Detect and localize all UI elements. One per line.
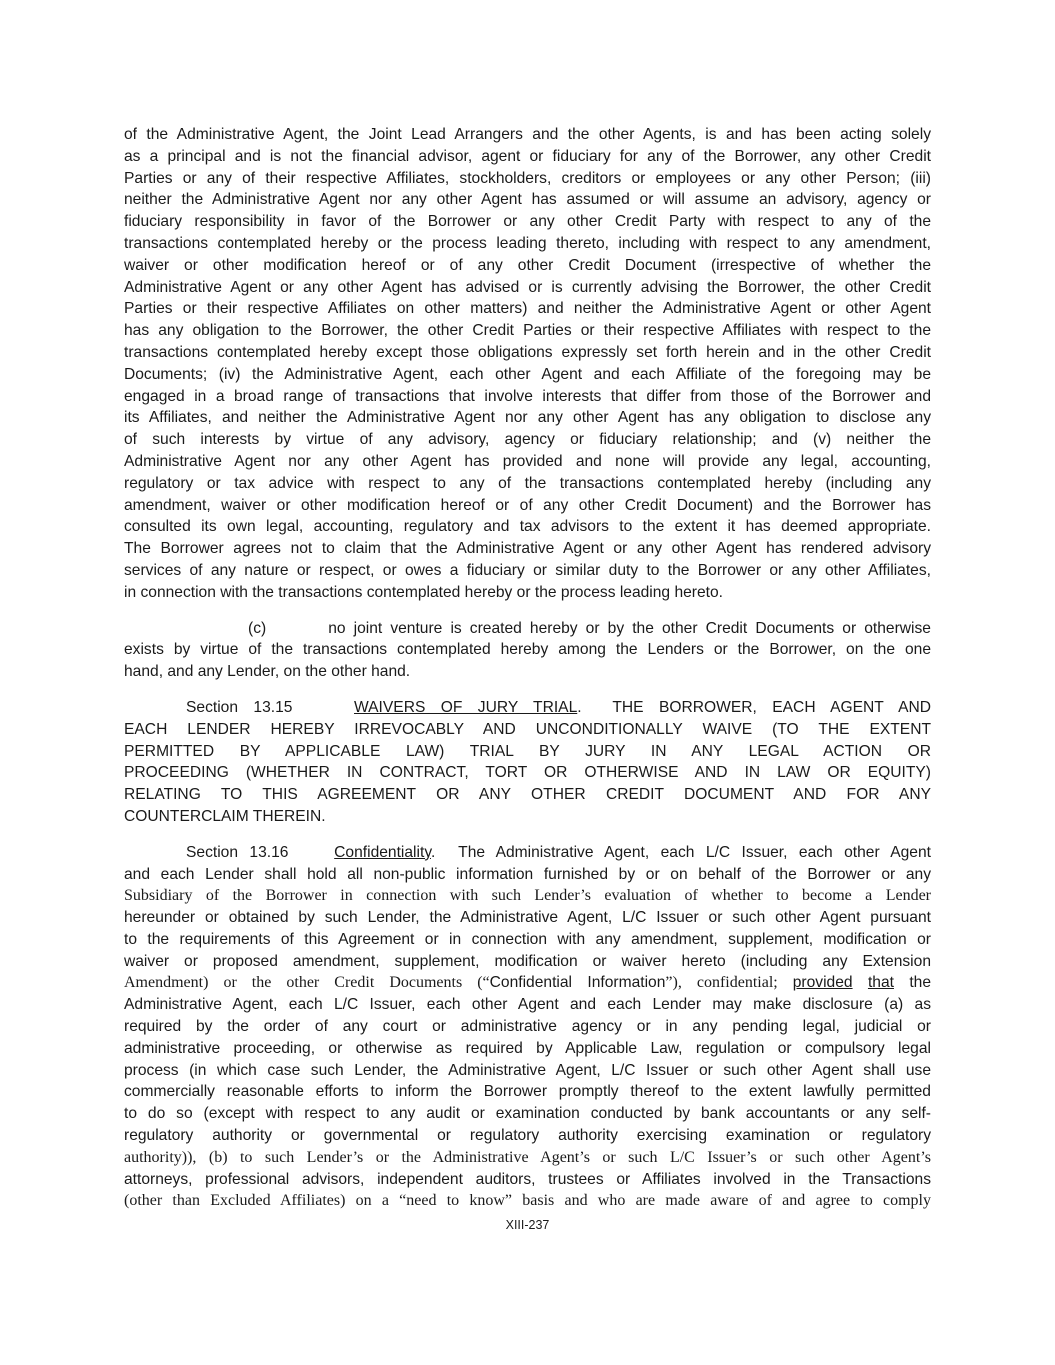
text-line: commercially reasonable efforts to infor… <box>124 1081 931 1103</box>
text-line: engaged in a broad range of transactions… <box>124 386 931 408</box>
text-line: transactions contemplated hereby except … <box>124 342 931 364</box>
text-line: required by the order of any court or ad… <box>124 1016 931 1038</box>
paragraph-spacer <box>124 683 931 697</box>
text-line: Administrative Agent, each L/C Issuer, e… <box>124 994 931 1016</box>
text-line: neither the Administrative Agent nor any… <box>124 189 931 211</box>
clause-c: (c)no joint venture is created hereby or… <box>124 618 931 683</box>
text-line-confidential-info: Amendment) or the other Credit Documents… <box>124 972 931 994</box>
clause-label: (c) <box>248 620 266 637</box>
section-text: The Administrative Agent, each L/C Issue… <box>458 844 931 861</box>
paragraph-spacer <box>124 828 931 842</box>
section-title: WAIVERS OF JURY TRIAL <box>354 699 577 716</box>
section-number: Section 13.15 <box>186 699 292 716</box>
text-line: and each Lender shall hold all non-publi… <box>124 864 931 886</box>
text-line: in connection with the transactions cont… <box>124 582 931 604</box>
text-line: to the requirements of this Agreement or… <box>124 929 931 951</box>
text-line: waiver or proposed amendment, supplement… <box>124 951 931 973</box>
text-line: Parties or any of their respective Affil… <box>124 168 931 190</box>
text-line: authority)), (b) to such Lender’s or the… <box>124 1147 931 1169</box>
section-13-15: Section 13.15 WAIVERS OF JURY TRIAL. THE… <box>124 697 931 828</box>
provided-term: provided <box>793 974 853 991</box>
text-line: fiduciary responsibility in favor of the… <box>124 211 931 233</box>
text-line: PROCEEDING (WHETHER IN CONTRACT, TORT OR… <box>124 762 931 784</box>
section-heading-line: Section 13.15 WAIVERS OF JURY TRIAL. THE… <box>124 697 931 719</box>
text-line: Documents; (iv) the Administrative Agent… <box>124 364 931 386</box>
text-fragment: Amendment) or the other Credit Documents… <box>124 974 490 991</box>
text-line: consulted its own legal, accounting, reg… <box>124 516 931 538</box>
space <box>853 974 868 991</box>
section-13-16: Section 13.16 Confidentiality. The Admin… <box>124 842 931 1213</box>
text-line: COUNTERCLAIM THEREIN. <box>124 806 931 828</box>
page-number: XIII-237 <box>0 1218 1055 1232</box>
text-line: of such interests by virtue of any advis… <box>124 429 931 451</box>
text-line: hereunder or obtained by such Lender, th… <box>124 907 931 929</box>
clause-text: no joint venture is created hereby or by… <box>328 620 931 637</box>
text-line: regulatory authority or governmental or … <box>124 1125 931 1147</box>
text-line: process (in which case such Lender, the … <box>124 1060 931 1082</box>
text-line: its Affiliates, and neither the Administ… <box>124 407 931 429</box>
text-line: Administrative Agent or any other Agent … <box>124 277 931 299</box>
text-line: Subsidiary of the Borrower in connection… <box>124 885 931 907</box>
text-line: exists by virtue of the transactions con… <box>124 639 931 661</box>
text-line: RELATING TO THIS AGREEMENT OR ANY OTHER … <box>124 784 931 806</box>
text-line: administrative proceeding, or otherwise … <box>124 1038 931 1060</box>
text-line: Parties or their respective Affiliates o… <box>124 298 931 320</box>
text-fragment: the <box>894 974 931 991</box>
section-text: THE BORROWER, EACH AGENT AND <box>612 699 931 716</box>
clause-c-first-line: (c)no joint venture is created hereby or… <box>124 618 931 640</box>
title-period: . <box>577 699 581 716</box>
section-number: Section 13.16 <box>186 844 288 861</box>
title-period: . <box>431 844 435 861</box>
text-line: as a principal and is not the financial … <box>124 146 931 168</box>
text-line: PERMITTED BY APPLICABLE LAW) TRIAL BY JU… <box>124 741 931 763</box>
text-fragment: ”), confidential; <box>665 974 792 991</box>
document-page: of the Administrative Agent, the Joint L… <box>124 124 931 1212</box>
section-title: Confidentiality <box>334 844 431 861</box>
text-line: waiver or other modification hereof or o… <box>124 255 931 277</box>
text-line: (other than Excluded Affiliates) on a “n… <box>124 1190 931 1212</box>
text-line: EACH LENDER HEREBY IRREVOCABLY AND UNCON… <box>124 719 931 741</box>
text-line: transactions contemplated hereby or the … <box>124 233 931 255</box>
text-line: services of any nature or respect, or ow… <box>124 560 931 582</box>
text-line: Administrative Agent nor any other Agent… <box>124 451 931 473</box>
text-line: amendment, waiver or other modification … <box>124 495 931 517</box>
paragraph-agent-disclaimer: of the Administrative Agent, the Joint L… <box>124 124 931 604</box>
text-line: to do so (except with respect to any aud… <box>124 1103 931 1125</box>
text-line: attorneys, professional advisors, indepe… <box>124 1169 931 1191</box>
that-term: that <box>868 974 894 991</box>
defined-term: Confidential Information <box>490 974 666 991</box>
text-line: has any obligation to the Borrower, the … <box>124 320 931 342</box>
paragraph-spacer <box>124 604 931 618</box>
text-line: regulatory or tax advice with respect to… <box>124 473 931 495</box>
text-line: of the Administrative Agent, the Joint L… <box>124 124 931 146</box>
text-line: The Borrower agrees not to claim that th… <box>124 538 931 560</box>
text-line: hand, and any Lender, on the other hand. <box>124 661 931 683</box>
section-heading-line: Section 13.16 Confidentiality. The Admin… <box>124 842 931 864</box>
